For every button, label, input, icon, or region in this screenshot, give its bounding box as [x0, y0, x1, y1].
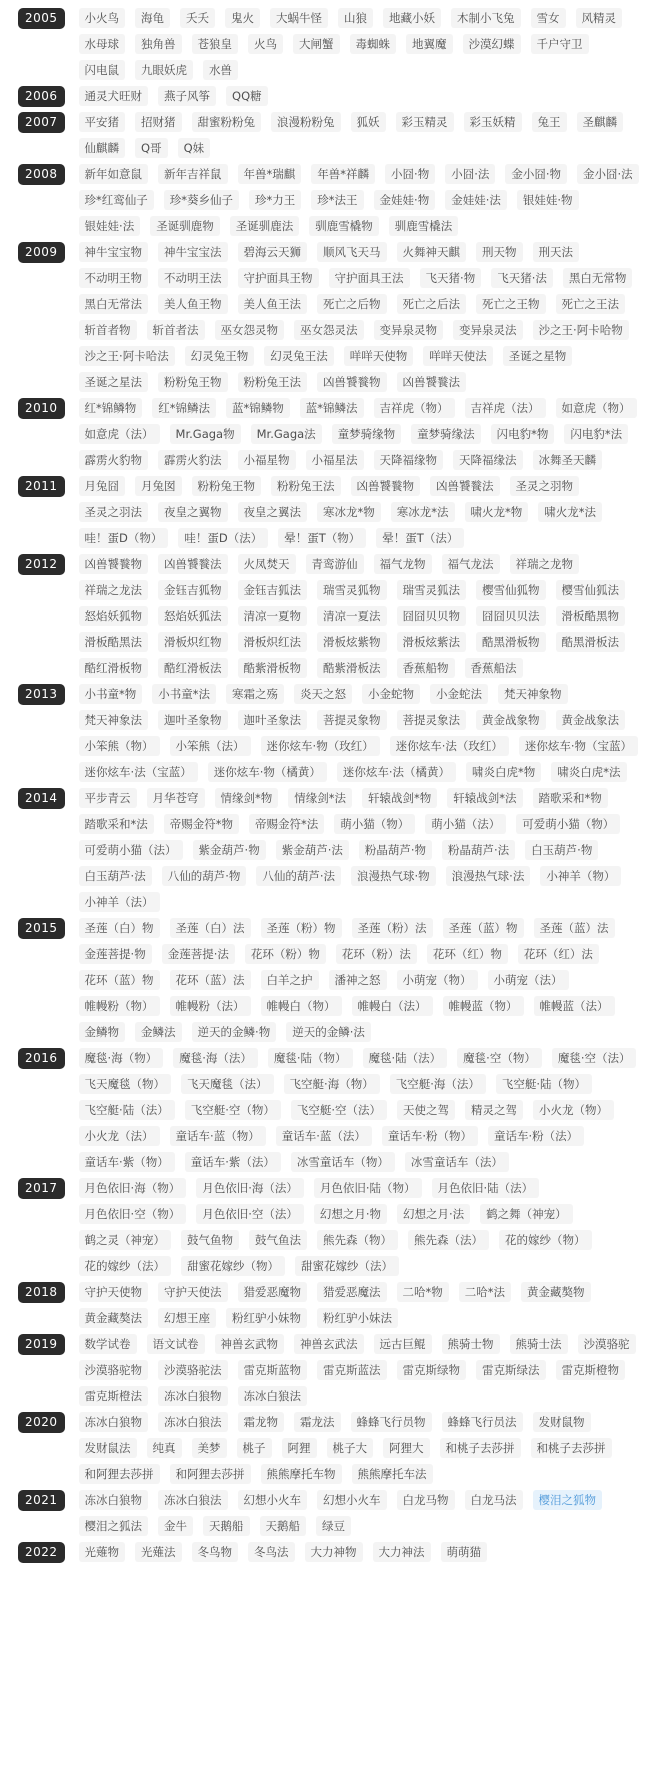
pet-item[interactable]: 滑板炽红物 [158, 632, 228, 652]
pet-item[interactable]: 小神羊（物） [540, 866, 621, 886]
pet-item[interactable]: 木制小飞兔 [451, 8, 521, 28]
pet-item[interactable]: 飞天魔毯（物） [79, 1074, 172, 1094]
pet-item[interactable]: 珍*红鸾仙子 [79, 190, 154, 210]
pet-item[interactable]: 冰雪童话车（法） [405, 1152, 509, 1172]
pet-item[interactable]: 火鸟 [248, 34, 283, 54]
pet-item[interactable]: 魔毯·空（法） [552, 1048, 637, 1068]
pet-item[interactable]: Mr.Gaga法 [251, 424, 322, 444]
pet-item[interactable]: 雷克斯绿法 [476, 1360, 546, 1380]
pet-item[interactable]: 月色依旧·空（法） [196, 1204, 304, 1224]
pet-item[interactable]: 啸炎白虎*法 [551, 762, 626, 782]
pet-item[interactable]: 小囧·法 [445, 164, 495, 184]
pet-item[interactable]: 熊熊摩托车物 [261, 1464, 342, 1484]
pet-item[interactable]: 小书童*法 [152, 684, 216, 704]
pet-item[interactable]: 霹雳火豹法 [158, 450, 228, 470]
pet-item[interactable]: 啸火龙*物 [465, 502, 529, 522]
pet-item[interactable]: 刑天法 [533, 242, 580, 262]
pet-item[interactable]: 幻想之月·物 [314, 1204, 387, 1224]
pet-item[interactable]: 幻想王座 [158, 1308, 216, 1328]
pet-item[interactable]: 和阿狸去莎拼 [79, 1464, 160, 1484]
pet-item[interactable]: 大力神物 [305, 1542, 363, 1562]
pet-item[interactable]: 金牛 [158, 1516, 193, 1536]
pet-item[interactable]: 熊熊摩托车法 [352, 1464, 433, 1484]
pet-item[interactable]: 帷幔粉（法） [170, 996, 251, 1016]
pet-item[interactable]: 圣麒麟 [577, 112, 624, 132]
pet-item[interactable]: 童话车·蓝（法） [276, 1126, 372, 1146]
pet-item[interactable]: 童梦骑缘法 [411, 424, 481, 444]
pet-item[interactable]: 夜皇之翼物 [158, 502, 228, 522]
pet-item[interactable]: 滑板酷黑物 [556, 606, 626, 626]
pet-item[interactable]: 月色依旧·海（物） [79, 1178, 187, 1198]
pet-item[interactable]: 雷克斯蓝法 [317, 1360, 387, 1380]
pet-item[interactable]: 新年如意鼠 [79, 164, 149, 184]
pet-item[interactable]: 千户守卫 [531, 34, 589, 54]
pet-item[interactable]: 八仙的葫芦·物 [162, 866, 247, 886]
pet-item[interactable]: 平安猪 [79, 112, 126, 132]
pet-item[interactable]: 阿狸大 [383, 1438, 430, 1458]
pet-item[interactable]: 燕子风筝 [158, 86, 216, 106]
pet-item[interactable]: 月兔囧 [79, 476, 126, 496]
pet-item[interactable]: 火凤焚天 [238, 554, 296, 574]
pet-item[interactable]: 和桃子去莎拼 [440, 1438, 521, 1458]
pet-item[interactable]: 樱雪仙狐物 [476, 580, 546, 600]
pet-item[interactable]: 吉祥虎（法） [465, 398, 546, 418]
pet-item[interactable]: 雪女 [531, 8, 566, 28]
pet-item[interactable]: 圣灵之羽物 [510, 476, 580, 496]
pet-item[interactable]: 桃子大 [327, 1438, 374, 1458]
pet-item[interactable]: 祥瑞之龙法 [79, 580, 149, 600]
pet-item[interactable]: 瑞雪灵狐法 [397, 580, 467, 600]
pet-item[interactable]: 光薙物 [79, 1542, 126, 1562]
pet-item[interactable]: 银娃娃·法 [79, 216, 141, 236]
pet-item[interactable]: 飞空艇·陆（物） [496, 1074, 592, 1094]
pet-item[interactable]: 甜蜜花嫁纱（物） [181, 1256, 285, 1276]
pet-item[interactable]: 圣诞驯鹿物 [150, 216, 220, 236]
pet-item[interactable]: 黑白无常物 [563, 268, 633, 288]
pet-item[interactable]: 不动明王法 [158, 268, 228, 288]
pet-item[interactable]: 酷紫滑板物 [238, 658, 308, 678]
pet-item[interactable]: 鼓气鱼物 [181, 1230, 239, 1250]
pet-item[interactable]: 啸火龙*法 [538, 502, 602, 522]
pet-item[interactable]: 金小囧·法 [577, 164, 639, 184]
pet-item[interactable]: 甜蜜粉粉兔 [192, 112, 262, 132]
pet-item[interactable]: 夜皇之翼法 [238, 502, 308, 522]
pet-item[interactable]: 滑板酷黑法 [79, 632, 149, 652]
pet-item[interactable]: 咩咩天使物 [344, 346, 414, 366]
pet-item[interactable]: 梵天神象法 [79, 710, 149, 730]
pet-item[interactable]: 大蜗牛怪 [270, 8, 328, 28]
pet-item[interactable]: 白玉葫芦·物 [525, 840, 598, 860]
pet-item[interactable]: 滑板炽红法 [238, 632, 308, 652]
pet-item[interactable]: 凶兽饕餮法 [430, 476, 500, 496]
pet-item[interactable]: 蜂蜂飞行员物 [351, 1412, 432, 1432]
pet-item[interactable]: Mr.Gaga物 [170, 424, 241, 444]
pet-item[interactable]: 金钰吉狐物 [158, 580, 228, 600]
pet-item[interactable]: 发财鼠物 [533, 1412, 591, 1432]
pet-item[interactable]: 白龙马物 [397, 1490, 455, 1510]
pet-item[interactable]: 沙之王·阿卡哈法 [79, 346, 175, 366]
pet-item[interactable]: 神牛宝宝物 [79, 242, 149, 262]
pet-item[interactable]: 寒霜之殇 [226, 684, 284, 704]
pet-item[interactable]: 滑板炫紫法 [397, 632, 467, 652]
pet-item[interactable]: 帷幔白（物） [261, 996, 342, 1016]
pet-item[interactable]: 冰雪童话车（物） [291, 1152, 395, 1172]
pet-item[interactable]: 迷你炫车·物（橘黄） [208, 762, 327, 782]
pet-item[interactable]: 二哈*物 [397, 1282, 449, 1302]
pet-item[interactable]: 香蕉船物 [397, 658, 455, 678]
pet-item[interactable]: 地翼魔 [406, 34, 453, 54]
pet-item[interactable]: 闪电鼠 [79, 60, 126, 80]
pet-item[interactable]: 如意虎（法） [79, 424, 160, 444]
pet-item[interactable]: 霜龙物 [238, 1412, 285, 1432]
pet-item[interactable]: 巫女怨灵物 [215, 320, 285, 340]
pet-item[interactable]: 金莲菩提·法 [162, 944, 235, 964]
pet-item[interactable]: 吉祥虎（物） [374, 398, 455, 418]
pet-item[interactable]: 金钰吉狐法 [238, 580, 308, 600]
pet-item[interactable]: 金鳞物 [79, 1022, 126, 1042]
pet-item[interactable]: 樱雪仙狐法 [556, 580, 626, 600]
pet-item[interactable]: 死亡之王法 [556, 294, 626, 314]
pet-item[interactable]: 闪电豹*物 [491, 424, 555, 444]
pet-item[interactable]: 天使之驾 [397, 1100, 455, 1120]
pet-item[interactable]: 帝赐金符*法 [249, 814, 324, 834]
pet-item[interactable]: 兔王 [532, 112, 567, 132]
pet-item[interactable]: 水母球 [79, 34, 126, 54]
pet-item[interactable]: 死亡之王物 [476, 294, 546, 314]
pet-item[interactable]: 啸炎白虎*物 [466, 762, 541, 782]
pet-item[interactable]: 数学试卷 [79, 1334, 137, 1354]
pet-item[interactable]: 炎天之怒 [294, 684, 352, 704]
pet-item[interactable]: 晕！蛋T（物） [278, 528, 366, 548]
pet-item[interactable]: 可爱萌小猫（法） [79, 840, 183, 860]
pet-item[interactable]: 圣诞驯鹿法 [230, 216, 300, 236]
pet-item[interactable]: 珍*葵乡仙子 [164, 190, 239, 210]
pet-item[interactable]: 飞空艇·陆（法） [79, 1100, 175, 1120]
pet-item[interactable]: 月华苍穹 [147, 788, 205, 808]
pet-item[interactable]: 月色依旧·海（法） [196, 1178, 304, 1198]
pet-item[interactable]: 圣莲（粉）物 [261, 918, 342, 938]
pet-item[interactable]: 萌萌猫 [441, 1542, 488, 1562]
pet-item[interactable]: 花环（蓝）物 [79, 970, 160, 990]
pet-item[interactable]: 新年吉祥鼠 [158, 164, 228, 184]
pet-item[interactable]: 哇！蛋D（物） [79, 528, 169, 548]
pet-item[interactable]: 幻想小火车 [317, 1490, 387, 1510]
pet-item[interactable]: 可爱萌小猫（物） [516, 814, 620, 834]
pet-item[interactable]: 圣莲（白）物 [79, 918, 160, 938]
pet-item[interactable]: 飞天猪·物 [420, 268, 482, 288]
pet-item[interactable]: 彩玉妖精 [464, 112, 522, 132]
pet-item[interactable]: 浪漫粉粉兔 [271, 112, 341, 132]
pet-item[interactable]: 迦叶圣象物 [158, 710, 228, 730]
pet-item[interactable]: 圣灵之羽法 [79, 502, 149, 522]
pet-item[interactable]: 帷幔蓝（物） [443, 996, 524, 1016]
pet-item[interactable]: 黄金战象物 [476, 710, 546, 730]
pet-item[interactable]: 招财猪 [135, 112, 182, 132]
pet-item[interactable]: 变异泉灵物 [374, 320, 444, 340]
pet-item[interactable]: 精灵之驾 [465, 1100, 523, 1120]
pet-item[interactable]: 天鹅船 [260, 1516, 307, 1536]
pet-item[interactable]: 小笨熊（法） [170, 736, 251, 756]
pet-item[interactable]: 地藏小妖 [383, 8, 441, 28]
pet-item[interactable]: 冰舞圣天麟 [533, 450, 603, 470]
pet-item[interactable]: 夭夭 [180, 8, 215, 28]
pet-item[interactable]: 轩辕战剑*法 [447, 788, 522, 808]
pet-item[interactable]: 迷你炫车·法（宝蓝） [79, 762, 198, 782]
pet-item[interactable]: 迷你炫车·物（玫红） [261, 736, 380, 756]
pet-item[interactable]: 熊先森（法） [408, 1230, 489, 1250]
pet-item[interactable]: 黄金战象法 [556, 710, 626, 730]
pet-item[interactable]: 情缘剑*法 [288, 788, 352, 808]
pet-item[interactable]: 酷紫滑板法 [317, 658, 387, 678]
pet-item[interactable]: 冻冰白狼物 [158, 1386, 228, 1406]
pet-item[interactable]: 魔毯·海（法） [173, 1048, 258, 1068]
pet-item[interactable]: 猎爱恶魔法 [317, 1282, 387, 1302]
pet-item[interactable]: 瑞雪灵狐物 [317, 580, 387, 600]
pet-item[interactable]: 飞空艇·空（法） [291, 1100, 387, 1120]
pet-item[interactable]: 冻冰白狼物 [79, 1412, 149, 1432]
pet-item[interactable]: 粉红驴小妹法 [317, 1308, 398, 1328]
pet-item[interactable]: 童梦骑缘物 [332, 424, 402, 444]
pet-item[interactable]: 守护面具王物 [238, 268, 319, 288]
pet-item[interactable]: 光薙法 [135, 1542, 182, 1562]
pet-item[interactable]: 八仙的葫芦·法 [256, 866, 341, 886]
pet-item[interactable]: 熊骑士法 [510, 1334, 568, 1354]
pet-item[interactable]: 幻想小火车 [238, 1490, 308, 1510]
pet-item[interactable]: 逆天的金鳞·物 [192, 1022, 277, 1042]
pet-item[interactable]: 香蕉船法 [465, 658, 523, 678]
pet-item[interactable]: 甜蜜花嫁纱（法） [295, 1256, 399, 1276]
pet-item[interactable]: 粉晶葫芦·法 [442, 840, 515, 860]
pet-item[interactable]: 鬼火 [225, 8, 260, 28]
pet-item[interactable]: 凶兽饕餮物 [351, 476, 421, 496]
pet-item[interactable]: 鹤之灵（神宠） [79, 1230, 172, 1250]
pet-item[interactable]: Q妹 [178, 138, 211, 158]
pet-item[interactable]: 年兽*瑞麒 [238, 164, 302, 184]
pet-item[interactable]: 飞空艇·海（物） [284, 1074, 380, 1094]
pet-item[interactable]: 圣莲（蓝）法 [534, 918, 615, 938]
pet-item[interactable]: 斩首者物 [79, 320, 137, 340]
pet-item[interactable]: 小萌宠（法） [488, 970, 569, 990]
pet-item[interactable]: 熊先森（物） [317, 1230, 398, 1250]
pet-item[interactable]: 圣诞之星法 [79, 372, 149, 392]
pet-item[interactable]: 浪漫热气球·物 [351, 866, 436, 886]
pet-item[interactable]: 通灵犬旺财 [79, 86, 149, 106]
pet-item[interactable]: 蓝*锦鳞法 [300, 398, 364, 418]
pet-item[interactable]: 寒冰龙*法 [391, 502, 455, 522]
pet-item[interactable]: 寒冰龙*物 [317, 502, 381, 522]
pet-item[interactable]: 小金蛇物 [362, 684, 420, 704]
pet-item[interactable]: 魔毯·陆（物） [268, 1048, 353, 1068]
pet-item[interactable]: 冻冰白狼法 [158, 1490, 228, 1510]
pet-item[interactable]: 小萌宠（物） [397, 970, 478, 990]
pet-item[interactable]: 青鸾游仙 [306, 554, 364, 574]
pet-item[interactable]: 红*锦鳞物 [79, 398, 143, 418]
pet-item[interactable]: 斩首者法 [147, 320, 205, 340]
pet-item[interactable]: 九眼妖虎 [135, 60, 193, 80]
pet-item[interactable]: 帝赐金符*物 [164, 814, 239, 834]
pet-item[interactable]: 金娃娃·法 [445, 190, 507, 210]
pet-item[interactable]: 福气龙物 [374, 554, 432, 574]
pet-item[interactable]: 和桃子去莎拼 [531, 1438, 612, 1458]
pet-item[interactable]: QQ糖 [226, 86, 268, 106]
pet-item[interactable]: 天降福缘法 [453, 450, 523, 470]
pet-item[interactable]: 红*锦鳞法 [152, 398, 216, 418]
pet-item[interactable]: 美人鱼王物 [158, 294, 228, 314]
pet-item[interactable]: 天鹅船 [203, 1516, 250, 1536]
pet-item[interactable]: 小笨熊（物） [79, 736, 160, 756]
pet-item[interactable]: 珍*法王 [311, 190, 363, 210]
pet-item[interactable]: 凶兽饕餮物 [317, 372, 387, 392]
pet-item[interactable]: 小书童*物 [79, 684, 143, 704]
pet-item[interactable]: 囧囧贝贝物 [397, 606, 467, 626]
pet-item[interactable]: 猎爱恶魔物 [238, 1282, 308, 1302]
pet-item[interactable]: 小囧·物 [385, 164, 435, 184]
pet-item[interactable]: 飞空艇·空（物） [185, 1100, 281, 1120]
pet-item[interactable]: 霹雳火豹物 [79, 450, 149, 470]
pet-item[interactable]: 驯鹿雪橇物 [309, 216, 379, 236]
pet-item[interactable]: 蜂蜂飞行员法 [442, 1412, 523, 1432]
pet-item[interactable]: 黄金藏獒物 [521, 1282, 591, 1302]
pet-item[interactable]: 发财鼠法 [79, 1438, 137, 1458]
pet-item[interactable]: 童话车·蓝（物） [170, 1126, 266, 1146]
pet-item[interactable]: 花的嫁纱（物） [499, 1230, 592, 1250]
pet-item[interactable]: 沙漠骆驼 [578, 1334, 636, 1354]
pet-item[interactable]: 碧海云天狮 [238, 242, 308, 262]
pet-item[interactable]: 迷你炫车·法（玫红） [390, 736, 509, 756]
pet-item[interactable]: 小火鸟 [79, 8, 126, 28]
pet-item[interactable]: 小火龙（法） [79, 1126, 160, 1146]
pet-item[interactable]: 梵天神象物 [498, 684, 568, 704]
pet-item[interactable]: 顺风飞天马 [317, 242, 387, 262]
pet-item[interactable]: 轩辕战剑*物 [362, 788, 437, 808]
pet-item[interactable]: 小福星法 [306, 450, 364, 470]
pet-item[interactable]: 狐妖 [351, 112, 386, 132]
pet-item[interactable]: 死亡之后物 [317, 294, 387, 314]
pet-item[interactable]: 情缘剑*物 [215, 788, 279, 808]
pet-item[interactable]: 鹤之舞（神宠） [480, 1204, 573, 1224]
pet-item[interactable]: 踏歌采和*法 [79, 814, 154, 834]
pet-item[interactable]: 守护天使物 [79, 1282, 149, 1302]
pet-item[interactable]: 凶兽饕餮法 [397, 372, 467, 392]
pet-item[interactable]: 咩咩天使法 [423, 346, 493, 366]
pet-item[interactable]: 白玉葫芦·法 [79, 866, 152, 886]
pet-item[interactable]: 雷克斯绿物 [397, 1360, 467, 1380]
pet-item[interactable]: 海龟 [135, 8, 170, 28]
pet-item[interactable]: 怒焰妖狐物 [79, 606, 149, 626]
pet-item[interactable]: 魔毯·海（物） [79, 1048, 164, 1068]
pet-item[interactable]: 珍*力王 [249, 190, 301, 210]
pet-item[interactable]: 浪漫热气球·法 [446, 866, 531, 886]
pet-item[interactable]: 小福星物 [238, 450, 296, 470]
pet-item[interactable]: 金莲菩提·物 [79, 944, 152, 964]
pet-item[interactable]: 粉粉兔王法 [238, 372, 308, 392]
pet-item[interactable]: 凶兽饕餮法 [158, 554, 228, 574]
pet-item[interactable]: 童话车·粉（法） [488, 1126, 584, 1146]
pet-item[interactable]: 潘神之怒 [329, 970, 387, 990]
pet-item[interactable]: 幻灵兔王物 [185, 346, 255, 366]
pet-item[interactable]: 酷红滑板物 [79, 658, 149, 678]
pet-item[interactable]: 晕！蛋T（法） [376, 528, 464, 548]
pet-item[interactable]: 黄金藏獒法 [79, 1308, 149, 1328]
pet-item[interactable]: 花环（红）物 [427, 944, 508, 964]
pet-item[interactable]: 神兽玄武物 [215, 1334, 285, 1354]
pet-item[interactable]: 迷你炫车·物（宝蓝） [519, 736, 638, 756]
pet-item[interactable]: 银娃娃·物 [517, 190, 579, 210]
pet-item[interactable]: 巫女怨灵法 [294, 320, 364, 340]
pet-item[interactable]: 粉红驴小妹物 [226, 1308, 307, 1328]
pet-item[interactable]: 和阿狸去莎拼 [170, 1464, 251, 1484]
pet-item[interactable]: 沙漠骆驼物 [79, 1360, 149, 1380]
pet-item[interactable]: 花的嫁纱（法） [79, 1256, 172, 1276]
pet-item[interactable]: 冻冰白狼法 [158, 1412, 228, 1432]
pet-item[interactable]: 冬鸟物 [192, 1542, 239, 1562]
pet-item[interactable]: 花环（红）法 [518, 944, 599, 964]
pet-item[interactable]: 苍狼皇 [192, 34, 239, 54]
pet-item[interactable]: 紫金葫芦·物 [193, 840, 266, 860]
pet-item[interactable]: 二哈*法 [459, 1282, 511, 1302]
pet-item[interactable]: 圣莲（蓝）物 [443, 918, 524, 938]
pet-item[interactable]: 童话车·紫（法） [185, 1152, 281, 1172]
pet-item[interactable]: 白羊之护 [261, 970, 319, 990]
pet-item[interactable]: 死亡之后法 [397, 294, 467, 314]
pet-item[interactable]: 飞天猪·法 [491, 268, 553, 288]
pet-item[interactable]: 沙漠幻蝶 [463, 34, 521, 54]
pet-item[interactable]: 神牛宝宝法 [158, 242, 228, 262]
pet-item[interactable]: 樱泪之狐法 [79, 1516, 149, 1536]
pet-item[interactable]: 酷黑滑板物 [476, 632, 546, 652]
pet-item[interactable]: 彩玉精灵 [396, 112, 454, 132]
pet-item[interactable]: 如意虎（物） [556, 398, 637, 418]
pet-item[interactable]: 美人鱼王法 [238, 294, 308, 314]
pet-item[interactable]: 帷幔蓝（法） [534, 996, 615, 1016]
pet-item[interactable]: 粉粉兔王物 [158, 372, 228, 392]
pet-item[interactable]: 萌小猫（物） [334, 814, 415, 834]
pet-item[interactable]: 帷幔粉（物） [79, 996, 160, 1016]
pet-item[interactable]: 绿豆 [316, 1516, 351, 1536]
pet-item[interactable]: 圣莲（粉）法 [352, 918, 433, 938]
pet-item[interactable]: 金娃娃·物 [374, 190, 436, 210]
pet-item[interactable]: 月色依旧·空（物） [79, 1204, 187, 1224]
pet-item[interactable]: 酷黑滑板法 [556, 632, 626, 652]
pet-item[interactable]: 雷克斯蓝物 [238, 1360, 308, 1380]
pet-item[interactable]: 远古巨鲲 [374, 1334, 432, 1354]
pet-item[interactable]: 童话车·粉（物） [382, 1126, 478, 1146]
pet-item[interactable]: 粉粉兔王法 [271, 476, 341, 496]
pet-item[interactable]: 语文试卷 [147, 1334, 205, 1354]
pet-item[interactable]: 小火龙（物） [533, 1100, 614, 1120]
pet-item[interactable]: 酷红滑板法 [158, 658, 228, 678]
pet-item[interactable]: 凶兽饕餮物 [79, 554, 149, 574]
pet-item[interactable]: 粉粉兔王物 [192, 476, 262, 496]
pet-item[interactable]: 幻想之月·法 [397, 1204, 470, 1224]
pet-item[interactable]: 小金蛇法 [430, 684, 488, 704]
pet-item[interactable]: 黑白无常法 [79, 294, 149, 314]
pet-item[interactable]: 雷克斯橙法 [79, 1386, 149, 1406]
pet-item[interactable]: 幻灵兔王法 [264, 346, 334, 366]
pet-item[interactable]: 金鳞法 [135, 1022, 182, 1042]
pet-item[interactable]: 刑天物 [476, 242, 523, 262]
pet-item[interactable]: 福气龙法 [442, 554, 500, 574]
pet-item[interactable]: 月兔囡 [135, 476, 182, 496]
pet-item[interactable]: 飞空艇·海（法） [390, 1074, 486, 1094]
pet-item[interactable]: 阿狸 [282, 1438, 317, 1458]
pet-item[interactable]: 圣诞之星物 [503, 346, 573, 366]
pet-item[interactable]: 不动明王物 [79, 268, 149, 288]
pet-item[interactable]: 变异泉灵法 [453, 320, 523, 340]
pet-item[interactable]: 怒焰妖狐法 [158, 606, 228, 626]
pet-item[interactable]: 天降福缘物 [374, 450, 444, 470]
pet-item[interactable]: 冻冰白狼物 [79, 1490, 149, 1510]
